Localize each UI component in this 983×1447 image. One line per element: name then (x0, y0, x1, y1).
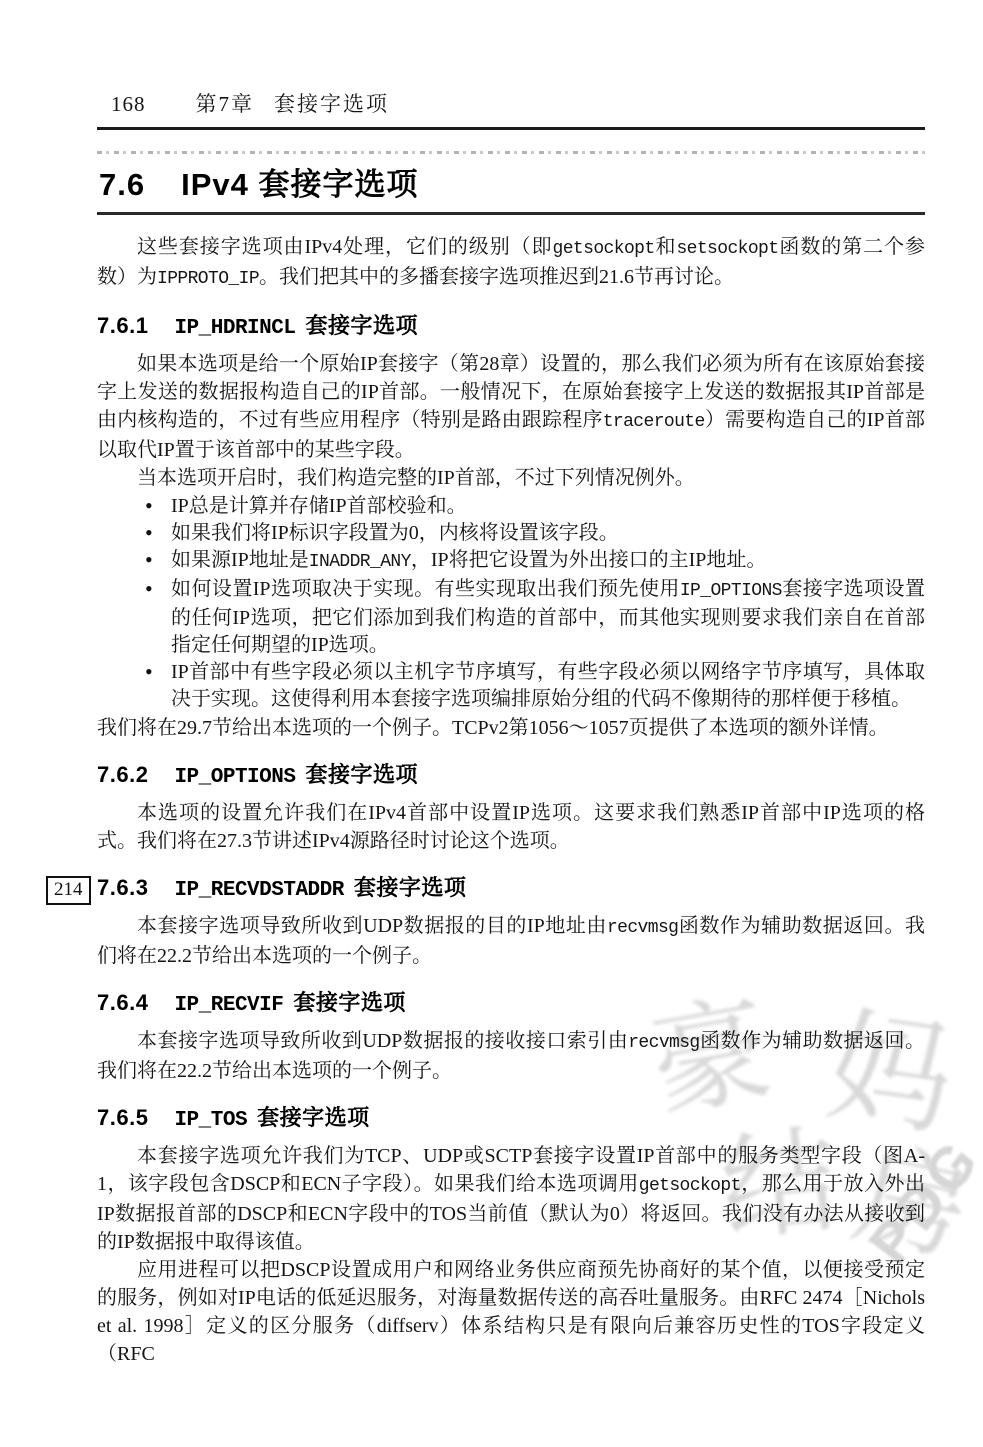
text-run: 应用进程可以把DSCP设置成用户和网络业务供应商预先协商好的某个值，以便接受预定… (97, 1259, 925, 1365)
subsection-number: 7.6.4 (97, 990, 148, 1015)
text-run: 和 (655, 236, 677, 258)
list-item: IP总是计算并存储IP首部校验和。 (171, 493, 925, 520)
paragraph: 应用进程可以把DSCP设置成用户和网络业务供应商预先协商好的某个值，以便接受预定… (97, 1256, 925, 1368)
text-run: 如何设置IP选项取决于实现。有些实现取出我们预先使用 (171, 578, 680, 600)
subsection-suffix: 套接字选项 (257, 1105, 370, 1130)
list-item: 如果我们将IP标识字段置为0，内核将设置该字段。 (171, 520, 925, 547)
subsection-heading-762: 7.6.2IP_OPTIONS套接字选项 (97, 758, 925, 789)
paragraph: 本套接字选项导致所收到UDP数据报的目的IP地址由recvmsg函数作为辅助数据… (97, 912, 925, 970)
text-run: ，IP将把它设置为外出接口的主IP地址。 (411, 549, 767, 571)
subsection-option-name: IP_RECVIF (174, 994, 283, 1017)
subsection-heading-763: 7.6.3IP_RECVDSTADDR套接字选项 (97, 871, 925, 902)
paragraph: 如果本选项是给一个原始IP套接字（第28章）设置的，那么我们必须为所有在该原始套… (97, 350, 925, 464)
subsection-heading-764: 7.6.4IP_RECVIF套接字选项 (97, 986, 925, 1017)
paragraph: 当本选项开启时，我们构造完整的IP首部，不过下列情况例外。 (97, 464, 925, 492)
paragraph: 我们将在29.7节给出本选项的一个例子。TCPv2第1056～1057页提供了本… (97, 714, 925, 742)
subsection-suffix: 套接字选项 (354, 875, 467, 900)
inline-code: traceroute (603, 412, 705, 432)
text-run: IP总是计算并存储IP首部校验和。 (171, 495, 467, 517)
section-number: 7.6 (99, 167, 145, 202)
running-head: 168 第7章 套接字选项 (97, 88, 925, 130)
paragraph: 本选项的设置允许我们在IPv4首部中设置IP选项。这要求我们熟悉IP首部中IP选… (97, 799, 925, 855)
text-run: 本套接字选项导致所收到UDP数据报的接收接口索引由 (137, 1030, 628, 1052)
subsection-number: 7.6.1 (97, 313, 148, 338)
exception-list: IP总是计算并存储IP首部校验和。 如果我们将IP标识字段置为0，内核将设置该字… (97, 493, 925, 713)
subsection-option-name: IP_HDRINCL (174, 317, 295, 340)
chapter-title: 套接字选项 (274, 88, 389, 118)
list-item: 如果源IP地址是INADDR_ANY，IP将把它设置为外出接口的主IP地址。 (171, 547, 925, 576)
text-run: 。我们把其中的多播套接字选项推迟到21.6节再讨论。 (259, 266, 734, 288)
subsection-option-name: IP_RECVDSTADDR (174, 879, 343, 902)
text-run: 本套接字选项导致所收到UDP数据报的目的IP地址由 (137, 915, 607, 937)
inline-code: getsockopt (639, 1176, 741, 1196)
inline-code: recvmsg (628, 1033, 699, 1053)
subsection-suffix: 套接字选项 (293, 990, 406, 1015)
paragraph: 本套接字选项允许我们为TCP、UDP或SCTP套接字设置IP首部中的服务类型字段… (97, 1142, 925, 1256)
page-number: 168 (111, 92, 146, 117)
paragraph: 本套接字选项导致所收到UDP数据报的接收接口索引由recvmsg函数作为辅助数据… (97, 1027, 925, 1085)
list-item: 如何设置IP选项取决于实现。有些实现取出我们预先使用IP_OPTIONS套接字选… (171, 576, 925, 659)
page-content: 168 第7章 套接字选项 7.6IPv4 套接字选项 这些套接字选项由IPv4… (97, 88, 925, 1368)
subsection-suffix: 套接字选项 (305, 762, 418, 787)
scanned-book-page: 豪 妈 结 房 PDG 214 168 第7章 套接字选项 7.6IPv4 套接… (0, 0, 983, 1447)
inline-code: getsockopt (553, 239, 655, 259)
inline-code: INADDR_ANY (309, 552, 411, 572)
list-item: IP首部中有些字段必须以主机字节序填写，有些字段必须以网络字节序填写，具体取决于… (171, 659, 925, 713)
text-run: 如果我们将IP标识字段置为0，内核将设置该字段。 (171, 522, 619, 544)
subsection-suffix: 套接字选项 (305, 313, 418, 338)
section-title: 7.6IPv4 套接字选项 (97, 157, 925, 215)
text-run: IP首部中有些字段必须以主机字节序填写，有些字段必须以网络字节序填写，具体取决于… (171, 661, 925, 710)
text-run: 本选项的设置允许我们在IPv4首部中设置IP选项。这要求我们熟悉IP首部中IP选… (97, 802, 925, 852)
inline-code: setsockopt (676, 239, 778, 259)
inline-code: IPPROTO_IP (157, 269, 259, 289)
subsection-number: 7.6.2 (97, 762, 148, 787)
scan-noise-line (97, 151, 925, 154)
margin-page-locator: 214 (46, 876, 91, 905)
subsection-heading-765: 7.6.5IP_TOS套接字选项 (97, 1101, 925, 1132)
subsection-number: 7.6.3 (97, 875, 148, 900)
chapter-number: 第7章 (196, 88, 255, 118)
subsection-number: 7.6.5 (97, 1105, 148, 1130)
subsection-option-name: IP_OPTIONS (174, 766, 295, 789)
subsection-option-name: IP_TOS (174, 1109, 247, 1132)
inline-code: IP_OPTIONS (680, 581, 782, 601)
section-title-text: IPv4 套接字选项 (181, 167, 418, 202)
text-run: 我们将在29.7节给出本选项的一个例子。TCPv2第1056～1057页提供了本… (97, 717, 889, 739)
text-run: 这些套接字选项由IPv4处理，它们的级别（即 (137, 236, 553, 258)
inline-code: recvmsg (607, 918, 678, 938)
subsection-heading-761: 7.6.1IP_HDRINCL套接字选项 (97, 309, 925, 340)
text-run: 当本选项开启时，我们构造完整的IP首部，不过下列情况例外。 (137, 467, 695, 489)
text-run: 如果源IP地址是 (171, 549, 309, 571)
intro-paragraph: 这些套接字选项由IPv4处理，它们的级别（即getsockopt和setsock… (97, 233, 925, 293)
